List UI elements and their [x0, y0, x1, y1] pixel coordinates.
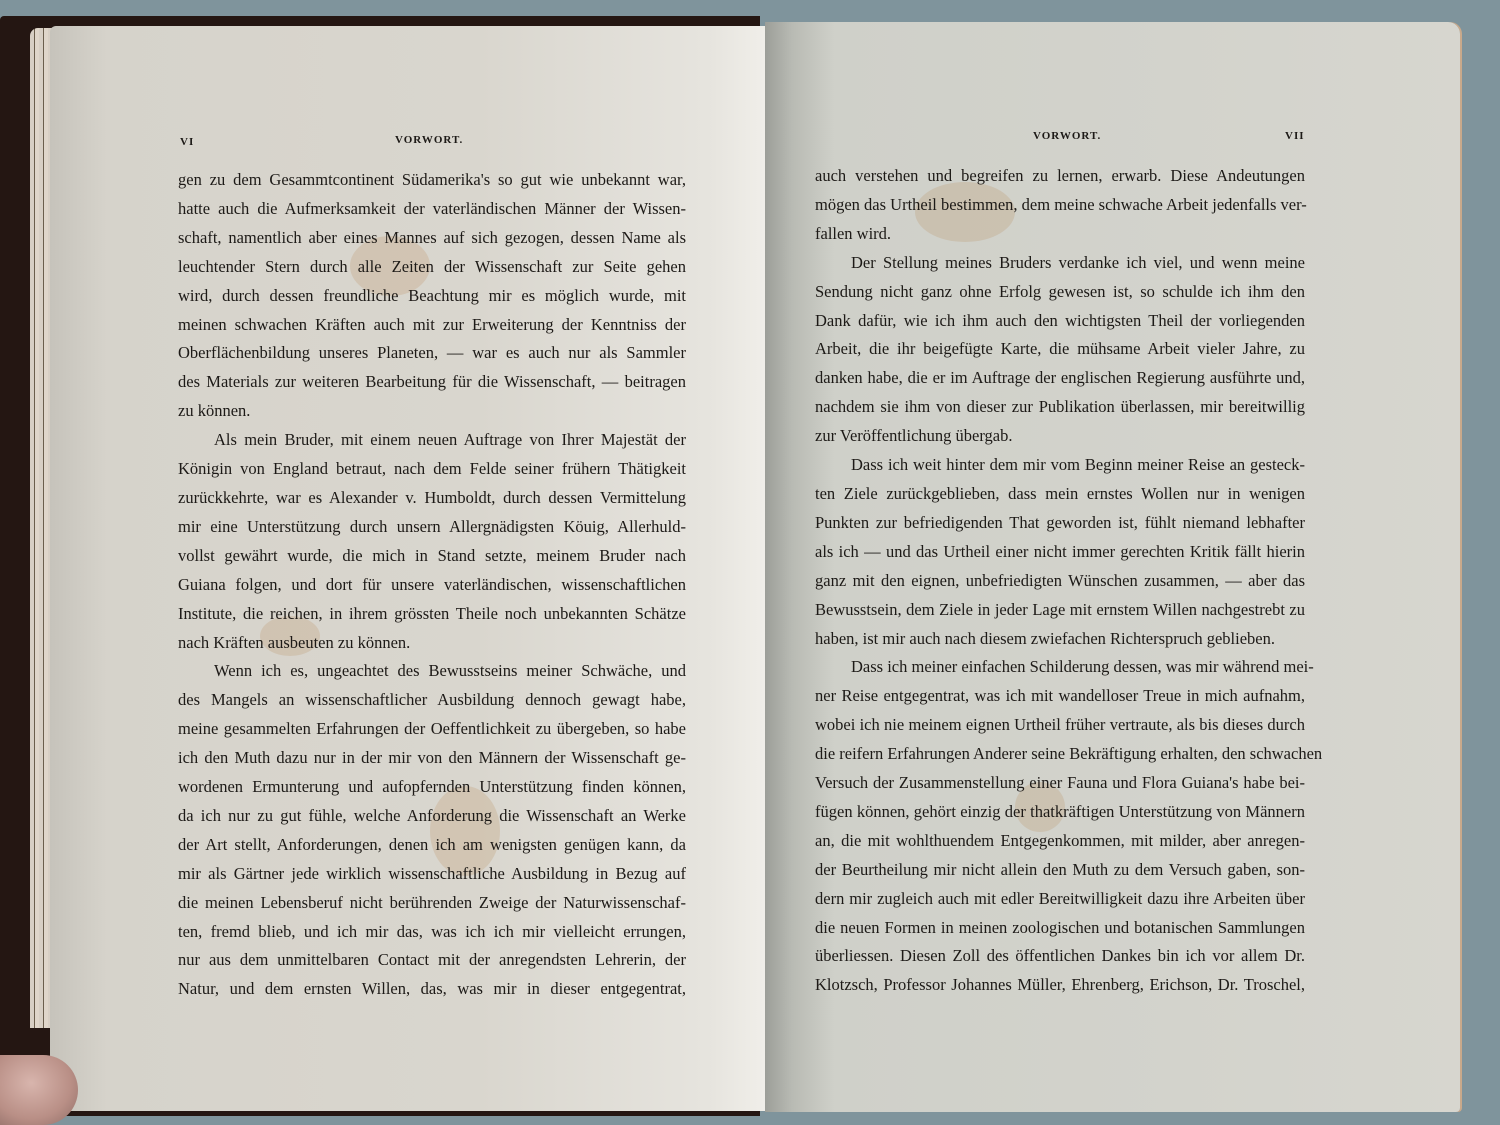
text-line: Natur, und dem ernsten Willen, das, was …	[178, 975, 686, 1004]
text-line: nur aus dem unmittelbaren Contact mit de…	[178, 946, 686, 975]
text-line: des Mangels an wissenschaftlicher Ausbil…	[178, 686, 686, 715]
running-head: VORWORT.	[395, 134, 463, 146]
text-line: leuchtender Stern durch alle Zeiten der …	[178, 253, 686, 282]
text-line: ten Ziele zurückgeblieben, dass mein ern…	[815, 480, 1305, 509]
text-line: wobei ich nie meinem eignen Urtheil früh…	[815, 711, 1305, 740]
text-line: nach Kräften ausbeuten zu können.	[178, 629, 686, 658]
text-line: überliessen. Diesen Zoll des öffentliche…	[815, 942, 1305, 971]
text-line: Wenn ich es, ungeachtet des Bewusstseins…	[178, 657, 686, 686]
text-line: Als mein Bruder, mit einem neuen Auftrag…	[178, 426, 686, 455]
text-line: hatte auch die Aufmerksamkeit der vaterl…	[178, 195, 686, 224]
text-line: dern mir zugleich auch mit edler Bereitw…	[815, 885, 1305, 914]
text-line: zurückkehrte, war es Alexander v. Humbol…	[178, 484, 686, 513]
left-page-body: gen zu dem Gesammtcontinent Südamerika's…	[178, 166, 686, 1004]
text-line: Oberflächenbildung unseres Planeten, — w…	[178, 339, 686, 368]
text-line: Königin von England betraut, nach dem Fe…	[178, 455, 686, 484]
text-line: danken habe, die er im Auftrage der engl…	[815, 364, 1305, 393]
right-page-body: auch verstehen und begreifen zu lernen, …	[815, 162, 1305, 1000]
text-line: ner Reise entgegentrat, was ich mit wand…	[815, 682, 1305, 711]
text-line: zu können.	[178, 397, 686, 426]
text-line: mir als Gärtner jede wirklich wissenscha…	[178, 860, 686, 889]
text-line: Versuch der Zusammenstellung einer Fauna…	[815, 769, 1305, 798]
text-line: der Art stellt, Anforderungen, denen ich…	[178, 831, 686, 860]
thumb	[0, 1055, 78, 1125]
text-line: Dass ich weit hinter dem mir vom Beginn …	[815, 451, 1305, 480]
text-line: gen zu dem Gesammtcontinent Südamerika's…	[178, 166, 686, 195]
left-page: VI VORWORT. gen zu dem Gesammtcontinent …	[50, 26, 765, 1111]
text-line: haben, ist mir auch nach diesem zwiefach…	[815, 625, 1305, 654]
text-line: vollst gewährt wurde, die mich in Stand …	[178, 542, 686, 571]
running-head: VORWORT.	[1033, 130, 1101, 142]
text-line: die neuen Formen in meinen zoologischen …	[815, 914, 1305, 943]
text-line: fallen wird.	[815, 220, 1305, 249]
text-line: auch verstehen und begreifen zu lernen, …	[815, 162, 1305, 191]
text-line: der Beurtheilung mir nicht allein den Mu…	[815, 856, 1305, 885]
text-line: Sendung nicht ganz ohne Erfolg gewesen i…	[815, 278, 1305, 307]
text-line: nachdem sie ihm von dieser zur Publikati…	[815, 393, 1305, 422]
text-line: Dass ich meiner einfachen Schilderung de…	[815, 653, 1305, 682]
text-line: an, die mit wohlthuendem Entgegenkommen,…	[815, 827, 1305, 856]
text-line: zur Veröffentlichung übergab.	[815, 422, 1305, 451]
text-line: fügen können, gehört einzig der thatkräf…	[815, 798, 1305, 827]
text-line: wird, durch dessen freundliche Beachtung…	[178, 282, 686, 311]
text-line: Dank dafür, wie ich ihm auch den wichtig…	[815, 307, 1305, 336]
text-line: Der Stellung meines Bruders verdanke ich…	[815, 249, 1305, 278]
text-line: meinen schwachen Kräften auch mit zur Er…	[178, 311, 686, 340]
text-line: Guiana folgen, und dort für unsere vater…	[178, 571, 686, 600]
text-line: meine gesammelten Erfahrungen der Oeffen…	[178, 715, 686, 744]
text-line: als ich — und das Urtheil einer nicht im…	[815, 538, 1305, 567]
text-line: Bewusstsein, dem Ziele in jeder Lage mit…	[815, 596, 1305, 625]
text-line: wordenen Ermunterung und aufopfernden Un…	[178, 773, 686, 802]
page-number: VI	[180, 136, 194, 148]
text-line: mir eine Unterstützung durch unsern Alle…	[178, 513, 686, 542]
text-line: ich den Muth dazu nur in der mir von den…	[178, 744, 686, 773]
text-line: Institute, die reichen, in ihrem grösste…	[178, 600, 686, 629]
text-line: da ich nur zu gut fühle, welche Anforder…	[178, 802, 686, 831]
text-line: Arbeit, die ihr beigefügte Karte, die mü…	[815, 335, 1305, 364]
text-line: die reifern Erfahrungen Anderer seine Be…	[815, 740, 1305, 769]
text-line: schaft, namentlich aber eines Mannes auf…	[178, 224, 686, 253]
page-number: VII	[1285, 130, 1305, 142]
text-line: mögen das Urtheil bestimmen, dem meine s…	[815, 191, 1305, 220]
text-line: ten, fremd blieb, und ich mir das, was i…	[178, 918, 686, 947]
text-line: Klotzsch, Professor Johannes Müller, Ehr…	[815, 971, 1305, 1000]
text-line: ganz mit den eignen, unbefriedigten Wüns…	[815, 567, 1305, 596]
right-page: VORWORT. VII auch verstehen und begreife…	[765, 22, 1460, 1112]
text-line: des Materials zur weiteren Bearbeitung f…	[178, 368, 686, 397]
text-line: die meinen Lebensberuf nicht berührenden…	[178, 889, 686, 918]
text-line: Punkten zur befriedigenden That geworden…	[815, 509, 1305, 538]
